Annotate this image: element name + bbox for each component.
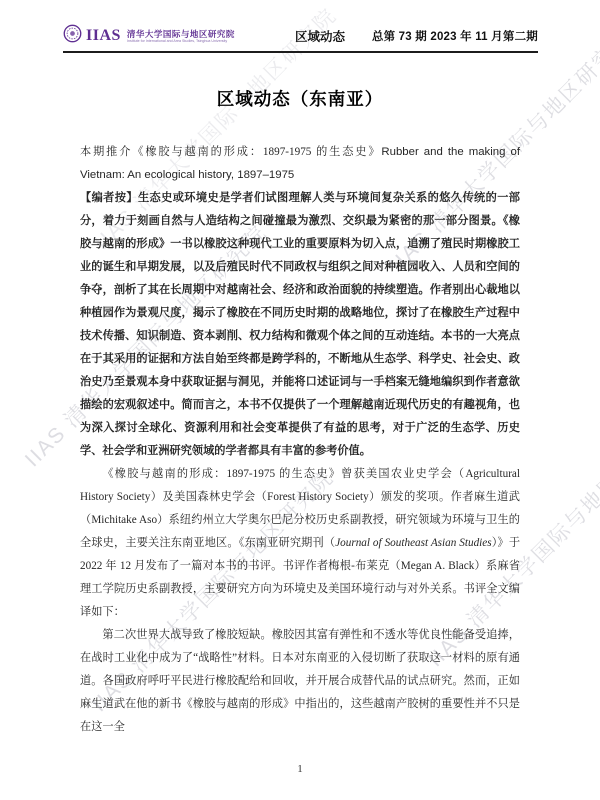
institute-name-cn: 清华大学国际与地区研究院 xyxy=(127,29,238,39)
header-rule xyxy=(63,51,538,53)
logo-text: 清华大学国际与地区研究院 Institute for International… xyxy=(127,29,238,44)
institute-name-en: Institute for International and Area Stu… xyxy=(127,39,227,43)
review-paragraph: 第二次世界大战导致了橡胶短缺。橡胶因其富有弹性和不透水等优良性能备受追捧，在战时… xyxy=(80,624,520,739)
editor-note-text: 生态史或环境史是学者们试图理解人类与环境间复杂关系的悠久传统的一部分，着力于刻画… xyxy=(80,192,520,457)
institute-logo: IIAS 清华大学国际与地区研究院 Institute for Internat… xyxy=(63,24,238,48)
intro-paragraph: 本期推介《橡胶与越南的形成：1897-1975 的生态史》Rubber and … xyxy=(80,141,520,187)
logo-acronym: IIAS xyxy=(86,28,121,44)
editor-note-label: 【编者按】 xyxy=(80,192,138,204)
header-section-title: 区域动态 xyxy=(295,27,345,45)
document-body: 本期推介《橡胶与越南的形成：1897-1975 的生态史》Rubber and … xyxy=(80,141,520,739)
page-number: 1 xyxy=(0,763,600,775)
page-title: 区域动态（东南亚） xyxy=(0,86,600,111)
book-info-text: ）》于 2022 年 12 月发布了一篇对本书的书评。书评作者梅根-布莱克（Me… xyxy=(80,537,520,618)
page-header: IIAS 清华大学国际与地区研究院 Institute for Internat… xyxy=(63,23,538,49)
document-page: IIAS 清华大学国际与地区研究院 IIAS 清华大学国际与地区研究院 IIAS… xyxy=(0,0,600,800)
tsinghua-seal-icon xyxy=(63,24,82,48)
header-issue-info: 总第 73 期 2023 年 11 月第二期 xyxy=(372,28,538,44)
editor-note-paragraph: 【编者按】生态史或环境史是学者们试图理解人类与环境间复杂关系的悠久传统的一部分，… xyxy=(80,187,520,463)
intro-cn-text: 本期推介《橡胶与越南的形成：1897-1975 的生态史》 xyxy=(80,146,381,158)
journal-title-italic: Journal of Southeast Asian Studies xyxy=(335,537,491,549)
book-info-paragraph: 《橡胶与越南的形成：1897-1975 的生态史》曾获美国农业史学会（Agric… xyxy=(80,463,520,624)
